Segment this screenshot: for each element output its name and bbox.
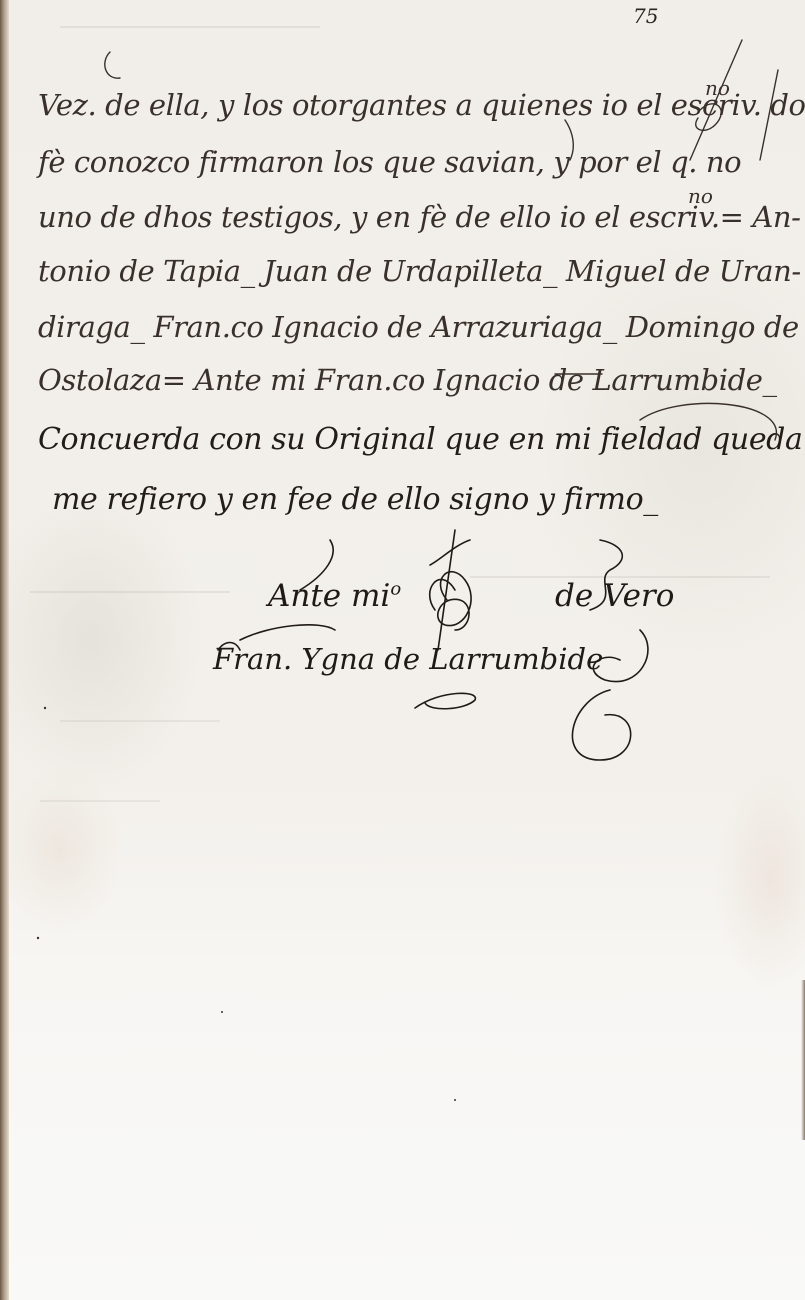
bleed-through-mark: [470, 560, 770, 578]
signature-ante-mi-text: Ante mi: [268, 578, 390, 614]
page-right-edge-shadow: [801, 980, 805, 1140]
manuscript-line-6: Ostolaza= Ante mi Fran.co Ignacio de Lar…: [38, 363, 777, 397]
manuscript-line-4: tonio de Tapia_ Juan de Urdapilleta_ Mig…: [38, 254, 801, 288]
superscript-no: no: [688, 184, 713, 208]
bleed-through-mark: [60, 6, 320, 28]
bleed-through-mark: [40, 760, 160, 802]
signature-superscript-o: o: [390, 579, 401, 600]
signature-name: Fran. Ygna de Larrumbide: [213, 642, 603, 676]
manuscript-page: 75 Vez. de ella, y los otorgantes a quie…: [0, 0, 805, 1300]
manuscript-line-5: diraga_ Fran.co Ignacio de Arrazuriaga_ …: [38, 310, 799, 344]
bleed-through-mark: [30, 575, 230, 593]
folio-number: 75: [633, 4, 658, 28]
superscript-no: no: [705, 76, 730, 100]
manuscript-line-2: fè conozco firmaron los que savian, y po…: [38, 145, 741, 179]
manuscript-line-8: me refiero y en fee de ello signo y firm…: [52, 482, 658, 517]
manuscript-line-7: Concuerda con su Original que en mi fiel…: [38, 422, 805, 457]
signature-de-vero: de Vero: [555, 578, 674, 614]
bleed-through-mark: [60, 690, 220, 722]
manuscript-line-1: Vez. de ella, y los otorgantes a quienes…: [38, 88, 805, 122]
page-binding-edge: [0, 0, 9, 1300]
manuscript-line-3: uno de dhos testigos, y en fè de ello io…: [38, 200, 801, 234]
signature-ante-mi: Ante mio: [268, 578, 401, 614]
